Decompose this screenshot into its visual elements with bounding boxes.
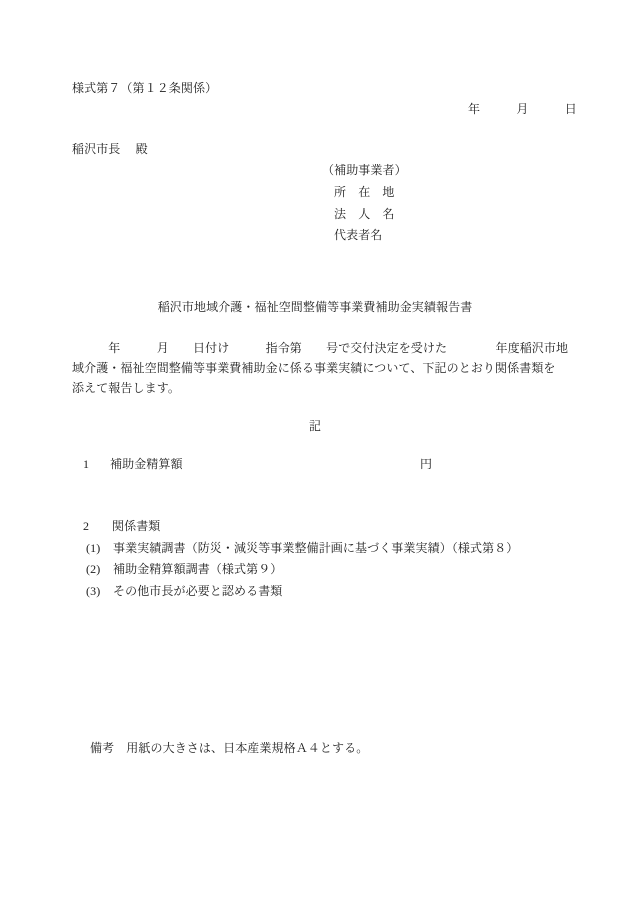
attachment-marker-3: (3) [86, 584, 100, 599]
record-heading: 記 [0, 419, 630, 434]
applicant-field-corporate-name: 法 人 名 [334, 207, 395, 222]
applicant-field-representative-name: 代表者名 [334, 228, 382, 243]
body-line-1: 年 月 日付け 指令第 号で交付決定を受けた 年度稲沢市地 [72, 341, 568, 355]
body-line-3: 添えて報告します。 [72, 381, 180, 395]
form-number: 様式第７（第１２条関係） [72, 81, 217, 96]
remarks-note: 備考 用紙の大きさは、日本産業規格Ａ４とする。 [90, 741, 368, 756]
attachment-text-2: 補助金精算額調書（様式第９） [113, 562, 282, 577]
applicant-section-label: （補助事業者） [322, 163, 407, 178]
attachment-text-3: その他市長が必要と認める書類 [113, 584, 282, 599]
attachment-marker-1: (1) [86, 541, 100, 556]
body-line-2: 域介護・福祉空間整備等事業費補助金に係る事業実績について、下記のとおり関係書類を [72, 361, 556, 375]
body-paragraph: 年 月 日付け 指令第 号で交付決定を受けた 年度稲沢市地域介護・福祉空間整備等… [72, 338, 568, 399]
attachment-marker-2: (2) [86, 562, 100, 577]
item-documents-label: 関係書類 [112, 519, 160, 534]
date-blank-line: 年 月 日 [468, 102, 577, 117]
report-form-page: 様式第７（第１２条関係） 年 月 日 稲沢市長 殿 （補助事業者） 所 在 地 … [0, 0, 630, 903]
applicant-field-address: 所 在 地 [334, 185, 395, 200]
document-title: 稲沢市地域介護・福祉空間整備等事業費補助金実績報告書 [0, 300, 630, 315]
item-settlement-label: 補助金精算額 [110, 457, 183, 472]
addressee-mayor: 稲沢市長 殿 [72, 142, 148, 157]
item-settlement-number: 1 [83, 457, 89, 472]
attachment-text-1: 事業実績調書（防災・減災等事業整備計画に基づく事業実績）（様式第８） [113, 541, 518, 556]
item-settlement-unit-yen: 円 [420, 457, 432, 472]
item-documents-number: 2 [83, 519, 89, 534]
